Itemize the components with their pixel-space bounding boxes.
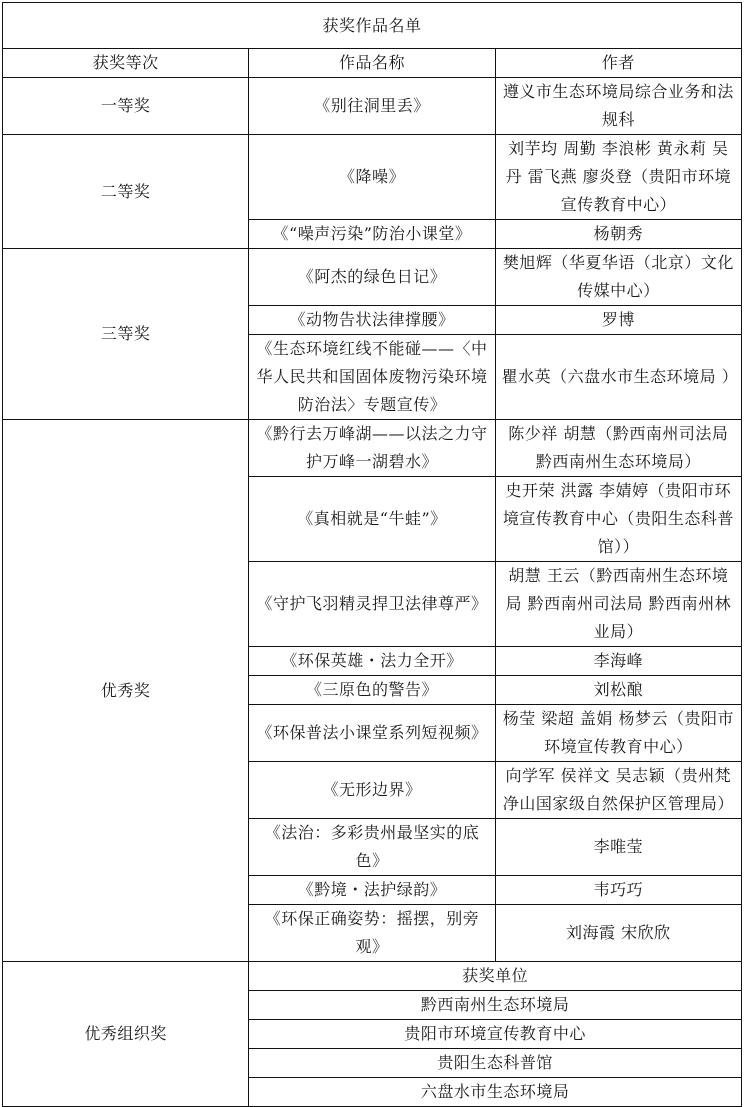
work-name: 《法治：多彩贵州最坚实的底色》 [249, 819, 495, 876]
header-level: 获奖等次 [3, 49, 249, 78]
author-name: 陈少祥 胡慧（黔西南州司法局 黔西南州生态环境局） [495, 420, 741, 477]
work-name: 《三原色的警告》 [249, 676, 495, 705]
org-unit: 黔西南州生态环境局 [249, 991, 742, 1020]
author-name: 杨朝秀 [495, 220, 741, 249]
prize-level-organization: 优秀组织奖 [3, 962, 249, 1021]
author-name: 杨莹 梁超 盖娟 杨梦云（贵阳市环境宣传教育中心） [495, 705, 741, 762]
work-name: 《黔行去万峰湖——以法之力守护万峰一湖碧水》 [249, 420, 495, 477]
prize-level-second: 二等奖 [3, 135, 249, 249]
author-name: 遵义市生态环境局综合业务和法规科 [495, 78, 741, 135]
table-title: 获奖作品名单 [3, 3, 742, 49]
work-name: 《环保英雄・法力全开》 [249, 647, 495, 676]
work-name: 《环保正确姿势：摇摆，别旁观》 [249, 905, 495, 962]
author-name: 刘芋均 周勤 李浪彬 黄永莉 吴丹 雷飞燕 廖炎登（贵阳市环境宣传教育中心） [495, 135, 741, 220]
table-row: 一等奖 《别往洞里丢》 遵义市生态环境局综合业务和法规科 [3, 78, 742, 135]
author-name: 瞿水英（六盘水市生态环境局 ） [495, 335, 741, 420]
org-unit-header: 获奖单位 [249, 962, 742, 991]
prize-level-third: 三等奖 [3, 249, 249, 420]
work-name: 《阿杰的绿色日记》 [249, 249, 495, 306]
prize-level-excellence: 优秀奖 [3, 420, 249, 962]
author-name: 刘海霞 宋欣欣 [495, 905, 741, 962]
table-row: 优秀组织奖 获奖单位 [3, 962, 742, 991]
work-name: 《真相就是“牛蛙”》 [249, 477, 495, 562]
author-name: 李唯莹 [495, 819, 741, 876]
prize-level-first: 一等奖 [3, 78, 249, 135]
header-author: 作者 [495, 49, 741, 78]
work-name: 《生态环境红线不能碰——〈中华人民共和国固体废物污染环境防治法〉专题宣传》 [249, 335, 495, 420]
award-list-table: 获奖作品名单 获奖等次 作品名称 作者 一等奖 《别往洞里丢》 遵义市生态环境局… [2, 2, 742, 1020]
author-name: 樊旭辉（华夏华语（北京）文化传媒中心） [495, 249, 741, 306]
table-row: 优秀奖 《黔行去万峰湖——以法之力守护万峰一湖碧水》 陈少祥 胡慧（黔西南州司法… [3, 420, 742, 477]
author-name: 向学军 侯祥文 吴志颖（贵州梵净山国家级自然保护区管理局） [495, 762, 741, 819]
author-name: 胡慧 王云（黔西南州生态环境局 黔西南州司法局 黔西南州林业局） [495, 562, 741, 647]
work-name: 《动物告状法律撑腰》 [249, 306, 495, 335]
author-name: 史开荣 洪露 李婧婷（贵阳市环境宣传教育中心（贵阳生态科普馆）） [495, 477, 741, 562]
work-name: 《环保普法小课堂系列短视频》 [249, 705, 495, 762]
author-name: 罗博 [495, 306, 741, 335]
work-name: 《“噪声污染”防治小课堂》 [249, 220, 495, 249]
author-name: 韦巧巧 [495, 876, 741, 905]
work-name: 《别往洞里丢》 [249, 78, 495, 135]
work-name: 《黔境・法护绿韵》 [249, 876, 495, 905]
author-name: 刘松酿 [495, 676, 741, 705]
table-row: 三等奖 《阿杰的绿色日记》 樊旭辉（华夏华语（北京）文化传媒中心） [3, 249, 742, 306]
table-row: 二等奖 《降噪》 刘芋均 周勤 李浪彬 黄永莉 吴丹 雷飞燕 廖炎登（贵阳市环境… [3, 135, 742, 220]
work-name: 《无形边界》 [249, 762, 495, 819]
work-name: 《降噪》 [249, 135, 495, 220]
author-name: 李海峰 [495, 647, 741, 676]
header-work: 作品名称 [249, 49, 495, 78]
work-name: 《守护飞羽精灵捍卫法律尊严》 [249, 562, 495, 647]
